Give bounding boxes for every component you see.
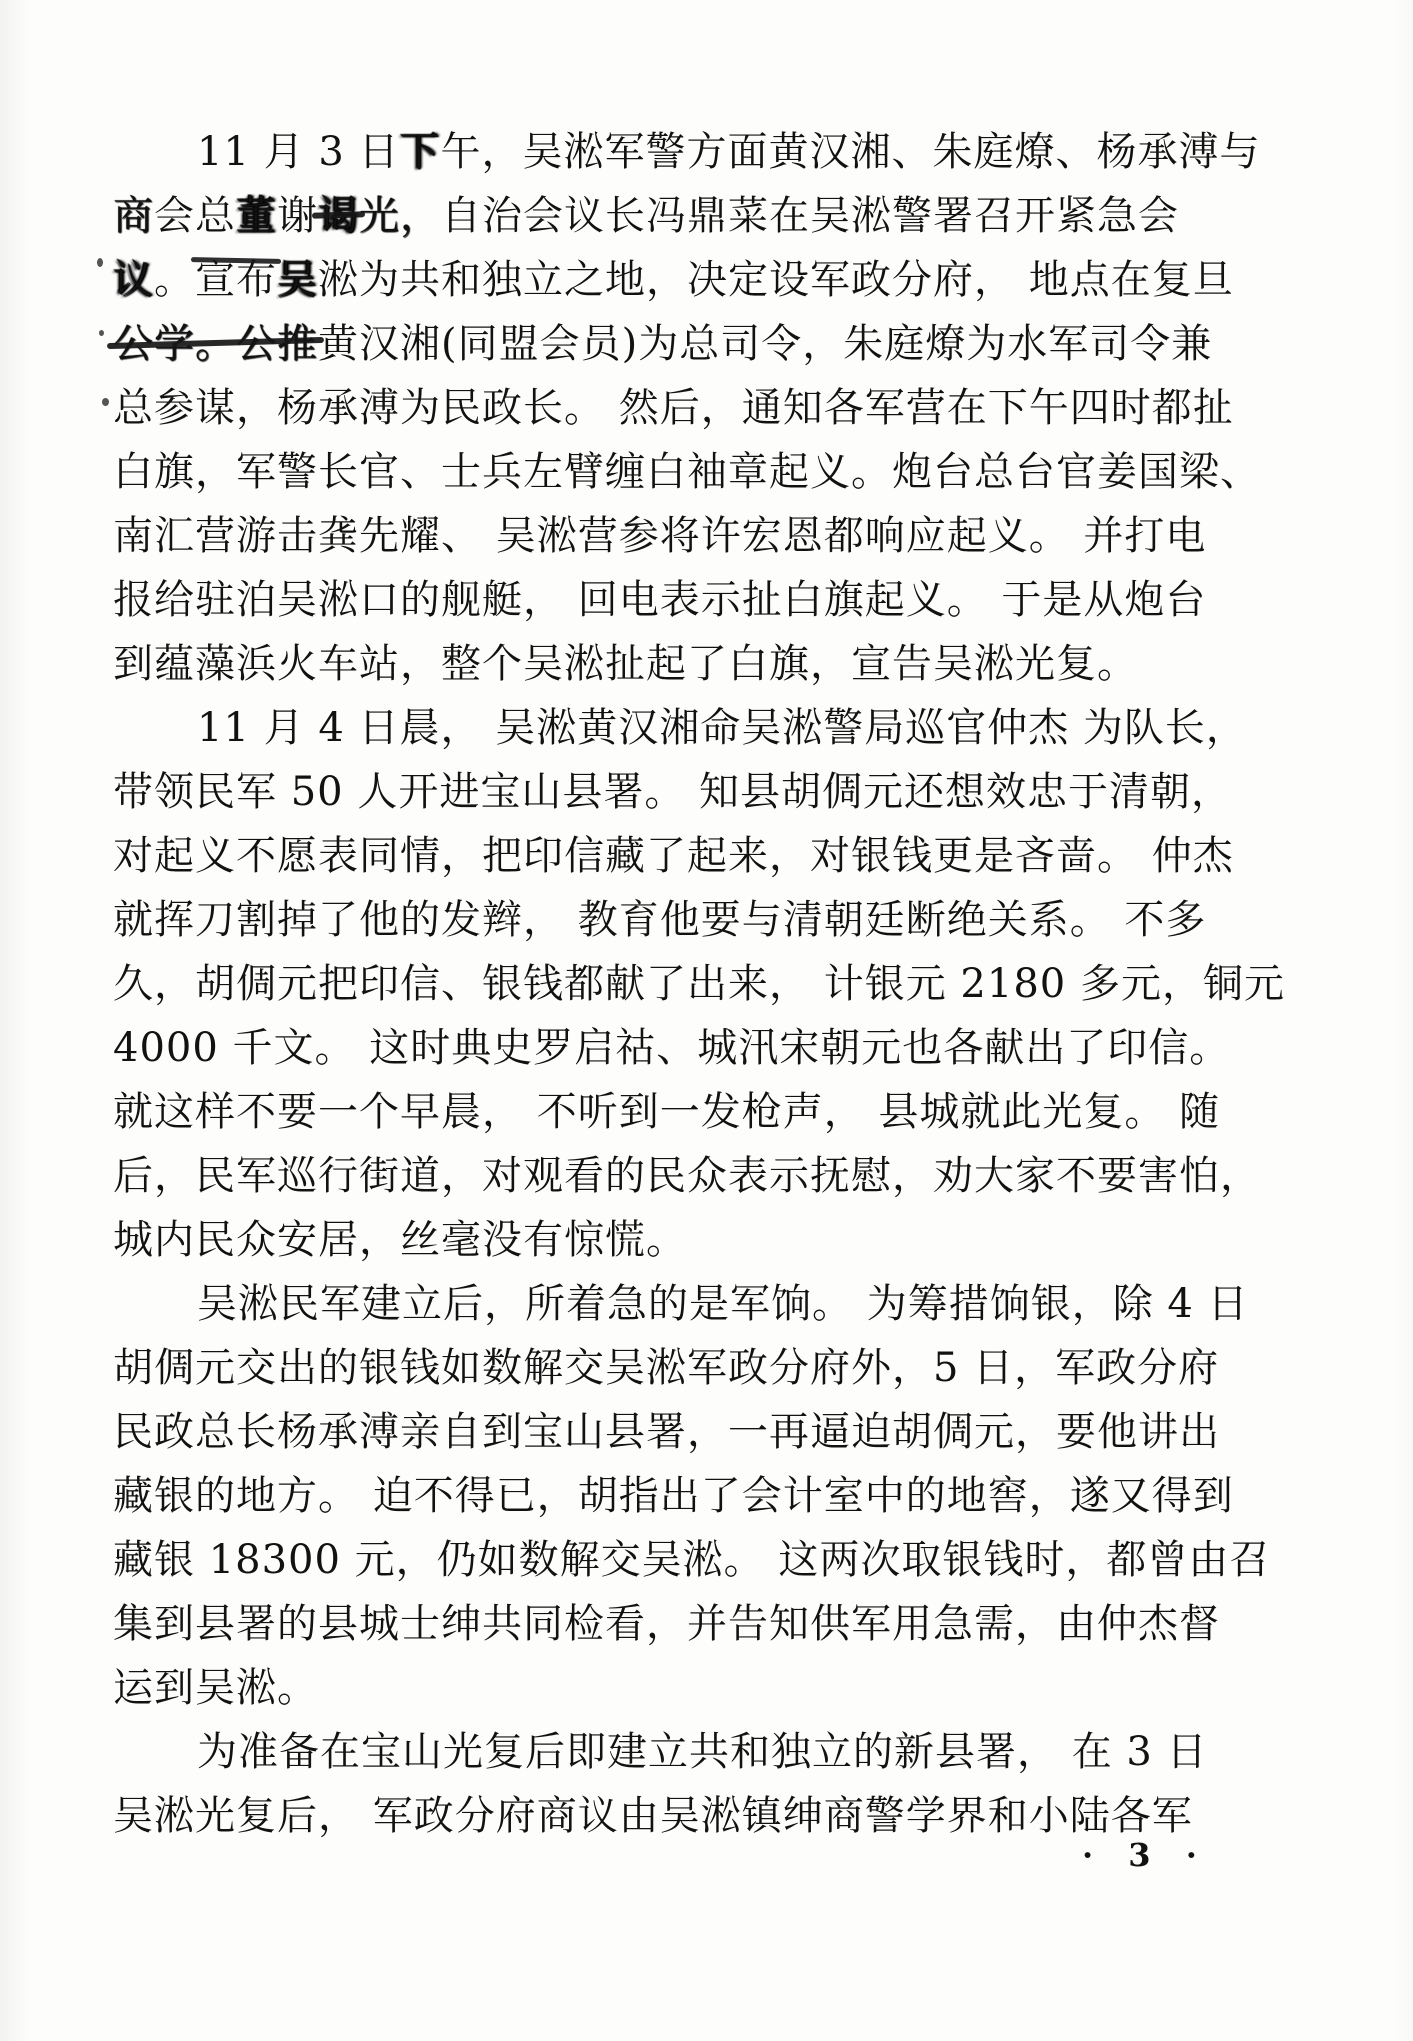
text-run: 光， (359, 184, 441, 248)
text-line: 就这样不要一个早晨， 不听到一发枪声， 县城就此光复。 随 (113, 1080, 1243, 1144)
text-line: 胡倜元交出的银钱如数解交吴淞军政分府外，5 日，军政分府 (113, 1336, 1243, 1400)
text-line: 吴淞光复后， 军政分府商议由吴淞镇绅商警学界和小陆各军 (113, 1784, 1243, 1848)
text-line: 议。宣布吴淞为共和独立之地，决定设军政分府， 地点在复旦 (113, 248, 1243, 312)
text-line: 11 月 4 日晨， 吴淞黄汉湘命吴淞警局巡官仲杰 为队长， (113, 696, 1243, 760)
text-line: 为准备在宝山光复后即建立共和独立的新县署， 在 3 日 (113, 1720, 1243, 1784)
text-line: 吴淞民军建立后，所着急的是军饷。 为筹措饷银，除 4 日 (113, 1272, 1243, 1336)
text-line: 4000 千文。 这时典史罗启祜、城汛宋朝元也各献出了印信。 (113, 1016, 1243, 1080)
text-line: 久，胡倜元把印信、银钱都献了出来， 计银元 2180 多元，铜元 (113, 952, 1243, 1016)
text-line: 11 月 3 日下午，吴淞军警方面黄汉湘、朱庭燎、杨承溥与 (113, 120, 1243, 184)
text-line: 集到县署的县城士绅共同检看，并告知供军用急需，由仲杰督 (113, 1592, 1243, 1656)
scan-speck (102, 398, 109, 406)
text-line: 运到吴淞。 (113, 1656, 1243, 1720)
scan-speck (1008, 1440, 1011, 1443)
text-run-struck: 公学。公推 (113, 312, 318, 376)
text-run-struck: 宣布 (195, 248, 277, 312)
text-run-struck: 谒 (318, 184, 359, 248)
text-line: 带领民军 50 人开进宝山县署。 知县胡倜元还想效忠于清朝， (113, 760, 1243, 824)
text-run: 黄汉湘(同盟会员)为总司令，朱庭燎为水军司令兼 (318, 312, 1212, 376)
scanned-page: 11 月 3 日下午，吴淞军警方面黄汉湘、朱庭燎、杨承溥与 商会总董谢谒光，自治… (0, 0, 1413, 2041)
text-run: 会总 (154, 184, 236, 248)
page-number: · 3 · (1082, 1836, 1209, 1874)
scan-speck (99, 330, 104, 336)
scan-speck (288, 1165, 291, 1168)
text-run-blotted: 商 (113, 184, 154, 248)
text-line: 藏银的地方。 迫不得已，胡指出了会计室中的地窖，遂又得到 (113, 1464, 1243, 1528)
text-run: 午，吴淞军警方面黄汉湘、朱庭燎、杨承溥与 (441, 120, 1261, 184)
text-run: 自治会议长冯鼎菜在吴淞警署召开紧急会 (441, 184, 1179, 248)
text-run: 11 月 3 日 (197, 120, 400, 184)
text-run: 。 (154, 248, 195, 312)
text-run-blotted: 议 (113, 248, 154, 312)
text-line: 报给驻泊吴淞口的舰艇， 回电表示扯白旗起义。 于是从炮台 (113, 568, 1243, 632)
text-line: 藏银 18300 元，仍如数解交吴淞。 这两次取银钱时，都曾由召 (113, 1528, 1243, 1592)
text-run-blotted: 吴 (277, 248, 318, 312)
text-line: 公学。公推黄汉湘(同盟会员)为总司令，朱庭燎为水军司令兼 (113, 312, 1243, 376)
text-line: 民政总长杨承溥亲自到宝山县署，一再逼迫胡倜元，要他讲出 (113, 1400, 1243, 1464)
text-line: 城内民众安居，丝毫没有惊慌。 (113, 1208, 1243, 1272)
text-run-blotted: 下 (400, 120, 441, 184)
text-line: 总参谋，杨承溥为民政长。 然后，通知各军营在下午四时都扯 (113, 376, 1243, 440)
text-run-blotted: 董 (236, 184, 277, 248)
scan-speck (97, 258, 103, 267)
text-line: 对起义不愿表同情，把印信藏了起来，对银钱更是吝啬。 仲杰 (113, 824, 1243, 888)
text-line: 就挥刀割掉了他的发辫， 教育他要与清朝廷断绝关系。 不多 (113, 888, 1243, 952)
text-run: 淞为共和独立之地，决定设军政分府， 地点在复旦 (318, 248, 1234, 312)
text-line: 白旗，军警长官、士兵左臂缠白袖章起义。炮台总台官姜国梁、 (113, 440, 1243, 504)
text-line: 南汇营游击龚先耀、 吴淞营参将许宏恩都响应起义。 并打电 (113, 504, 1243, 568)
text-line: 后，民军巡行街道，对观看的民众表示抚慰，劝大家不要害怕， (113, 1144, 1243, 1208)
text-line: 商会总董谢谒光，自治会议长冯鼎菜在吴淞警署召开紧急会 (113, 184, 1243, 248)
text-line: 到蕴藻浜火车站，整个吴淞扯起了白旗，宣告吴淞光复。 (113, 632, 1243, 696)
body-text: 11 月 3 日下午，吴淞军警方面黄汉湘、朱庭燎、杨承溥与 商会总董谢谒光，自治… (113, 120, 1243, 1848)
